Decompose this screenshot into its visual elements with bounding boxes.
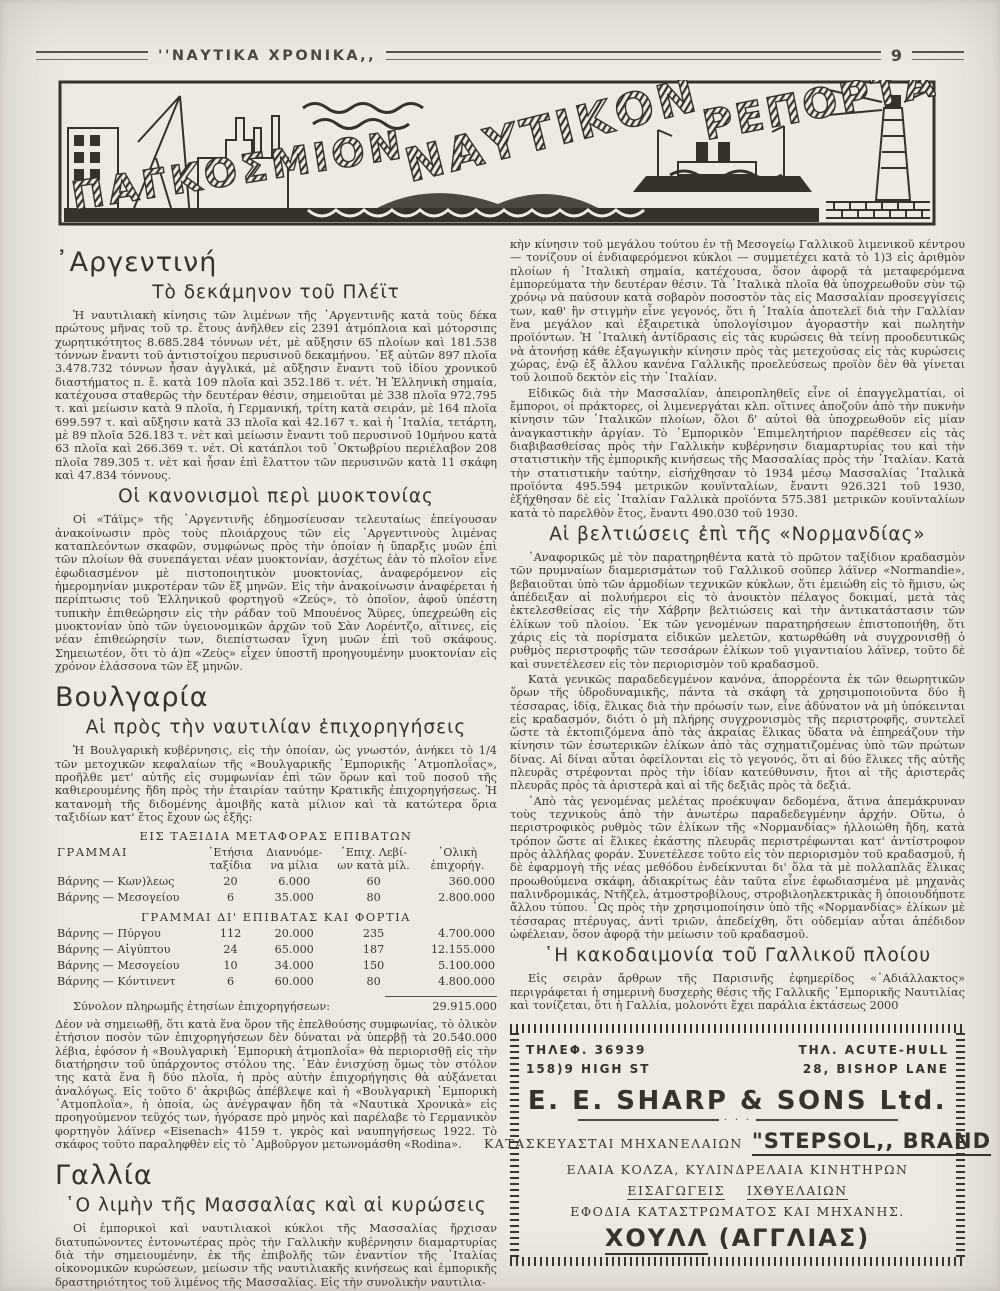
advert-address-bishop-lane: 28, BISHOP LANE — [798, 1060, 949, 1079]
subhead-kanonismoi-myoktonias: Οἱ κανονισμοὶ περὶ μυοκτονίας — [55, 486, 497, 507]
magazine-page: ''ΝΑΥΤΙΚΑ ΧΡΟΝΙΚΑ,, 9 — [0, 0, 1000, 1291]
masthead: ''ΝΑΥΤΙΚΑ ΧΡΟΝΙΚΑ,, 9 — [36, 46, 964, 65]
advert-city-country: (ΑΓΓΛΙΑΣ) — [719, 1224, 871, 1252]
table-row: Βάρνης — Κόντινεντ 6 60.000 80 4.800.000 — [55, 973, 497, 989]
breakwater-illustration — [826, 202, 930, 218]
subhead-kakodaimonia: ῾Η κακοδαιμονία τοῦ Γαλλικοῦ πλοίου — [510, 945, 965, 966]
subsidy-table-grid: ΓΡΑΜΜΑΙ ᾽Ετήσιαταξίδια Διανυόμε-να μίλια… — [55, 845, 497, 989]
masthead-rule-right — [912, 51, 964, 60]
banner-word-pagkosmion: ΠΑΓΚΟΣΜΙΟΝ — [69, 123, 409, 220]
table-section-row: ΓΡΑΜΜΑΙ ΔΙ' ΕΠΙΒΑΤΑΣ ΚΑΙ ΦΟΡΤΙΑ — [55, 906, 497, 926]
table-cell: Βάρνης — Πύργου — [55, 925, 202, 941]
bulgaria-paragraph-1: Ἡ Βουλγαρικὴ κυβέρνησις, εἰς τὴν ὁποίαν,… — [55, 744, 497, 824]
table-cell: 150 — [329, 957, 418, 973]
table-cell: 35.000 — [259, 890, 329, 906]
advert-oils-line: ΕΛΑΙΑ ΚΟΛΖΑ, ΚΥΛΙΝΔΡΕΛΑΙΑ ΚΙΝΗΤΗΡΩΝ — [526, 1162, 949, 1177]
advert-company-name: E. E. SHARP & SONS Ltd. — [526, 1086, 949, 1116]
subhead-dekaminon-pleit: Τὸ δεκάμηνον τοῦ Πλέϊτ — [55, 282, 497, 303]
table-cell: 12.155.000 — [418, 941, 497, 957]
france-continuation-1: κὴν κίνησιν τοῦ μεγάλου τούτου ἐν τῇ Μεσ… — [510, 238, 965, 385]
table-cell: 10 — [202, 957, 259, 973]
subhead-epichorigiseis: Αἱ πρὸς τὴν ναυτιλίαν ἐπιχορηγήσεις — [55, 717, 497, 738]
table-cell: 65.000 — [259, 941, 329, 957]
bulgaria-paragraph-2: Δέον νὰ σημειωθῇ, ὅτι κατὰ ἕνα ὅρον τῆς … — [55, 1018, 497, 1151]
sharp-sons-advert: ΤΗΛΕΦ. 36939 158)9 HIGH ST ΤΗΛ. ACUTE-HU… — [510, 1024, 965, 1265]
table-cell: 112 — [202, 925, 259, 941]
advert-imports-word: ΕΙΣΑΓΩΓΕΙΣ — [627, 1183, 725, 1200]
left-column: ᾽Αργεντινή Τὸ δεκάμηνον τοῦ Πλέϊτ Ἡ ναυτ… — [55, 238, 497, 1291]
table-cell: 4.800.000 — [418, 973, 497, 989]
table-cell: 6.000 — [259, 874, 329, 890]
table-section-cargo: ΓΡΑΜΜΑΙ ΔΙ' ΕΠΙΒΑΤΑΣ ΚΑΙ ΦΟΡΤΙΑ — [55, 906, 497, 926]
section-title-argentina: ᾽Αργεντινή — [55, 247, 497, 278]
advert-city-line: ΧΟΥΛΛ (ΑΓΓΛΙΑΣ) — [526, 1224, 949, 1252]
table-cell: 20.000 — [259, 925, 329, 941]
table-cell: 6 — [202, 890, 259, 906]
advert-brand-line: ΚΑΤΑΣΚΕΥΑΣΤΑΙ ΜΗΧΑΝΕΛΑΙΩΝ "STEPSOL,, BRA… — [526, 1129, 949, 1156]
table-cell: 80 — [329, 890, 418, 906]
banner-word-reportaz: ΡΕΠΟΡΤΑΖ — [699, 80, 936, 150]
advert-phone: ΤΗΛΕΦ. 36939 — [526, 1041, 650, 1060]
article-columns: ᾽Αργεντινή Τὸ δεκάμηνον τοῦ Πλέϊτ Ἡ ναυτ… — [55, 238, 965, 1291]
table-cell: 6 — [202, 973, 259, 989]
kakodaimonia-paragraph-1: Εἰς σειρὰν ἄρθρων τῆς Παρισινῆς ἐφημερίδ… — [510, 972, 965, 1012]
table-header-total-subsidy: ῾Ολικὴἐπιχορήγ. — [418, 845, 497, 873]
banner-svg: ΠΑΓΚΟΣΜΙΟΝ ΝΑΥΤΙΚΟΝ ΡΕΠΟΡΤΑΖ — [58, 80, 936, 226]
table-section-passengers: ΕΙΣ ΤΑΞΙΔΙΑ ΜΕΤΑΦΟΡΑΣ ΕΠΙΒΑΤΩΝ — [55, 829, 497, 843]
table-cell: 4.700.000 — [418, 925, 497, 941]
advert-contact-right: ΤΗΛ. ACUTE-HULL 28, BISHOP LANE — [798, 1041, 949, 1078]
advert-brand-label: ΚΑΤΑΣΚΕΥΑΣΤΑΙ ΜΗΧΑΝΕΛΑΙΩΝ — [484, 1136, 743, 1151]
table-row: Βάρνης — Μεσογείου 10 34.000 150 5.100.0… — [55, 957, 497, 973]
subhead-massalia: ῾Ο λιμὴν τῆς Μασσαλίας καὶ αἱ κυρώσεις — [55, 1195, 497, 1216]
right-column: κὴν κίνησιν τοῦ μεγάλου τούτου ἐν τῇ Μεσ… — [510, 238, 965, 1291]
argentina-paragraph-2: Οἱ «Τάϊμς» τῆς ᾽Αργεντινῆς ἐδημοσίευσαν … — [55, 513, 497, 673]
divider-line-right — [756, 1119, 897, 1121]
table-cell: Βάρνης — Αἰγύπτου — [55, 941, 202, 957]
france-paragraph-1: Οἱ ἐμπορικοὶ καὶ ναυτιλιακοὶ κύκλοι τῆς … — [55, 1222, 497, 1289]
advert-address-hull: 158)9 HIGH ST — [526, 1060, 650, 1079]
france-continuation-2: Εἰδικῶς διὰ τὴν Μασσαλίαν, ἀπειροπληθεῖς… — [510, 387, 965, 520]
table-row: Βάρνης — Μεσογείου 6 35.000 80 2.800.000 — [55, 890, 497, 906]
subsidy-total-label: Σύνολον πληρωμῆς ἐτησίων ἐπιχορηγήσεων: — [55, 1000, 330, 1013]
table-header-grammai: ΓΡΑΜΜΑΙ — [55, 845, 202, 873]
advert-border-bottom — [510, 1257, 965, 1266]
subsidy-total-value: 29.915.000 — [385, 996, 497, 1013]
advert-divider: · · · — [578, 1117, 898, 1123]
subhead-normandie: Αἱ βελτιώσεις ἐπὶ τῆς «Νορμανδίας» — [510, 524, 965, 545]
table-cell: 24 — [202, 941, 259, 957]
advert-contact-left: ΤΗΛΕΦ. 36939 158)9 HIGH ST — [526, 1041, 650, 1078]
section-title-france: Γαλλία — [55, 1160, 497, 1191]
masthead-rule-center — [386, 51, 881, 60]
normandie-paragraph-1: ᾽Αναφορικῶς μὲ τὸν παρατηρηθέντα κατὰ τὸ… — [510, 551, 965, 671]
section-title-bulgaria: Βουλγαρία — [55, 682, 497, 713]
divider-line-left — [578, 1119, 719, 1121]
table-cell: 60.000 — [259, 973, 329, 989]
advert-imports-line: ΕΙΣΑΓΩΓΕΙΣ ΙΧΘΥΕΛΑΙΩΝ — [526, 1183, 949, 1198]
normandie-paragraph-2: Κατὰ γενικῶς παραδεδεγμένον κανόνα, ἀπορ… — [510, 673, 965, 793]
table-header-row: ΓΡΑΜΜΑΙ ᾽Ετήσιαταξίδια Διανυόμε-να μίλια… — [55, 845, 497, 873]
table-cell: 20 — [202, 874, 259, 890]
table-header-miles: Διανυόμε-να μίλια — [259, 845, 329, 873]
table-cell: 5.100.000 — [418, 957, 497, 973]
page-number: 9 — [891, 46, 902, 65]
normandie-paragraph-3: ᾽Απὸ τὰς γενομένας μελέτας προέκυψαν δεδ… — [510, 795, 965, 942]
argentina-paragraph-1: Ἡ ναυτιλιακὴ κίνησις τῶν λιμένων τῆς ᾽Αρ… — [55, 309, 497, 482]
table-row: Βάρνης — Κων)λεως 20 6.000 60 360.000 — [55, 874, 497, 890]
table-header-leva-per-mile: ᾽Επιχ. Λεβί-ων κατὰ μίλ. — [329, 845, 418, 873]
table-cell: Βάρνης — Μεσογείου — [55, 890, 202, 906]
banner-word-naytikon: ΝΑΥΤΙΚΟΝ — [400, 80, 705, 193]
table-cell: Βάρνης — Κων)λεως — [55, 874, 202, 890]
advert-border-top — [510, 1024, 965, 1033]
subsidy-table: ΕΙΣ ΤΑΞΙΔΙΑ ΜΕΤΑΦΟΡΑΣ ΕΠΙΒΑΤΩΝ ΓΡΑΜΜΑΙ ᾽… — [55, 829, 497, 1013]
table-cell: 34.000 — [259, 957, 329, 973]
table-cell: 80 — [329, 973, 418, 989]
divider-dots: · · · — [719, 1117, 756, 1123]
advert-city-name: ΧΟΥΛΛ — [605, 1224, 708, 1255]
table-cell: 60 — [329, 874, 418, 890]
table-cell: Βάρνης — Μεσογείου — [55, 957, 202, 973]
table-cell: 187 — [329, 941, 418, 957]
advert-border-right — [956, 1033, 965, 1256]
table-cell: 360.000 — [418, 874, 497, 890]
magazine-title: ''ΝΑΥΤΙΚΑ ΧΡΟΝΙΚΑ,, — [158, 48, 376, 64]
advert-supplies-line: ΕΦΟΔΙΑ ΚΑΤΑΣΤΡΩΜΑΤΟΣ ΚΑΙ ΜΗΧΑΝΗΣ. — [526, 1204, 949, 1219]
table-row: Βάρνης — Αἰγύπτου 24 65.000 187 12.155.0… — [55, 941, 497, 957]
advert-telegraph: ΤΗΛ. ACUTE-HULL — [798, 1041, 949, 1060]
table-cell: 235 — [329, 925, 418, 941]
table-row: Βάρνης — Πύργου 112 20.000 235 4.700.000 — [55, 925, 497, 941]
table-cell: 2.800.000 — [418, 890, 497, 906]
advert-fish-oils-word: ΙΧΘΥΕΛΑΙΩΝ — [747, 1183, 848, 1200]
table-header-trips: ᾽Ετήσιαταξίδια — [202, 845, 259, 873]
advert-border-left — [510, 1033, 519, 1256]
table-cell: Βάρνης — Κόντινεντ — [55, 973, 202, 989]
banner-illustration: ΠΑΓΚΟΣΜΙΟΝ ΝΑΥΤΙΚΟΝ ΡΕΠΟΡΤΑΖ — [58, 80, 936, 226]
subsidy-total-row: Σύνολον πληρωμῆς ἐτησίων ἐπιχορηγήσεων: … — [55, 996, 497, 1013]
masthead-rule-left — [36, 51, 148, 60]
advert-contacts: ΤΗΛΕΦ. 36939 158)9 HIGH ST ΤΗΛ. ACUTE-HU… — [526, 1041, 949, 1078]
